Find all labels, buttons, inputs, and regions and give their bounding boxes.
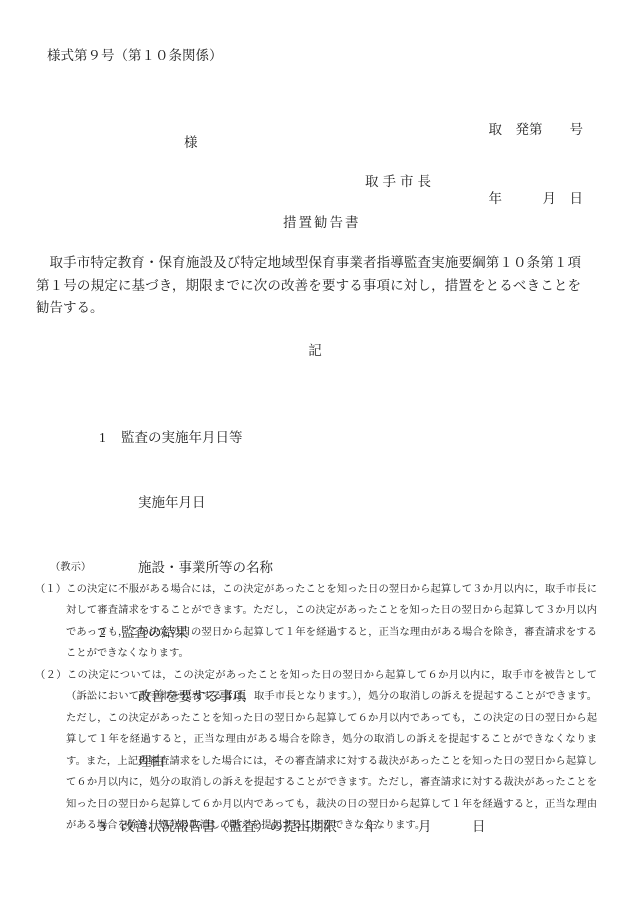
- notice-paragraph-1-text: この決定に不服がある場合には，この決定があったことを知った日の翌日から起算して３…: [66, 584, 597, 660]
- document-header: 取 発第 号 年 月 日: [489, 72, 584, 256]
- document-page: 様式第９号（第１０条関係） 取 発第 号 年 月 日 様 取手市長 措置勧告書 …: [0, 0, 630, 903]
- notice-paragraph-1: （１）この決定に不服がある場合には，この決定があったことを知った日の翌日から起算…: [35, 579, 597, 665]
- record-marker: 記: [0, 339, 630, 359]
- list-item-label: 監査の実施年月日等: [121, 430, 243, 445]
- notice-paragraph-2-number: （２）: [35, 670, 67, 681]
- legal-notice: （教示） （１）この決定に不服がある場合には，この決定があったことを知った日の翌…: [35, 557, 597, 837]
- list-item: 1監査の実施年月日等: [99, 427, 486, 449]
- list-subitem: 実施年月日: [99, 492, 486, 514]
- notice-paragraph-2-text: この決定については，この決定があったことを知った日の翌日から起算して６か月以内に…: [66, 670, 597, 832]
- doc-number-line: 取 発第 号: [489, 118, 584, 141]
- sender-title: 取手市長: [365, 170, 435, 190]
- notice-heading: （教示）: [35, 557, 597, 579]
- body-paragraph: 取手市特定教育・保育施設及び特定地域型保育事業者指導監査実施要綱第１０条第１項第…: [36, 252, 581, 320]
- addressee-honorific: 様: [184, 131, 198, 151]
- doc-date-line: 年 月 日: [489, 187, 584, 210]
- form-number: 様式第９号（第１０条関係）: [47, 44, 223, 64]
- notice-paragraph-1-number: （１）: [35, 584, 66, 595]
- document-title: 措置勧告書: [283, 211, 361, 231]
- list-item-number: 1: [99, 427, 121, 449]
- notice-paragraph-2: （２）この決定については，この決定があったことを知った日の翌日から起算して６か月…: [35, 665, 597, 837]
